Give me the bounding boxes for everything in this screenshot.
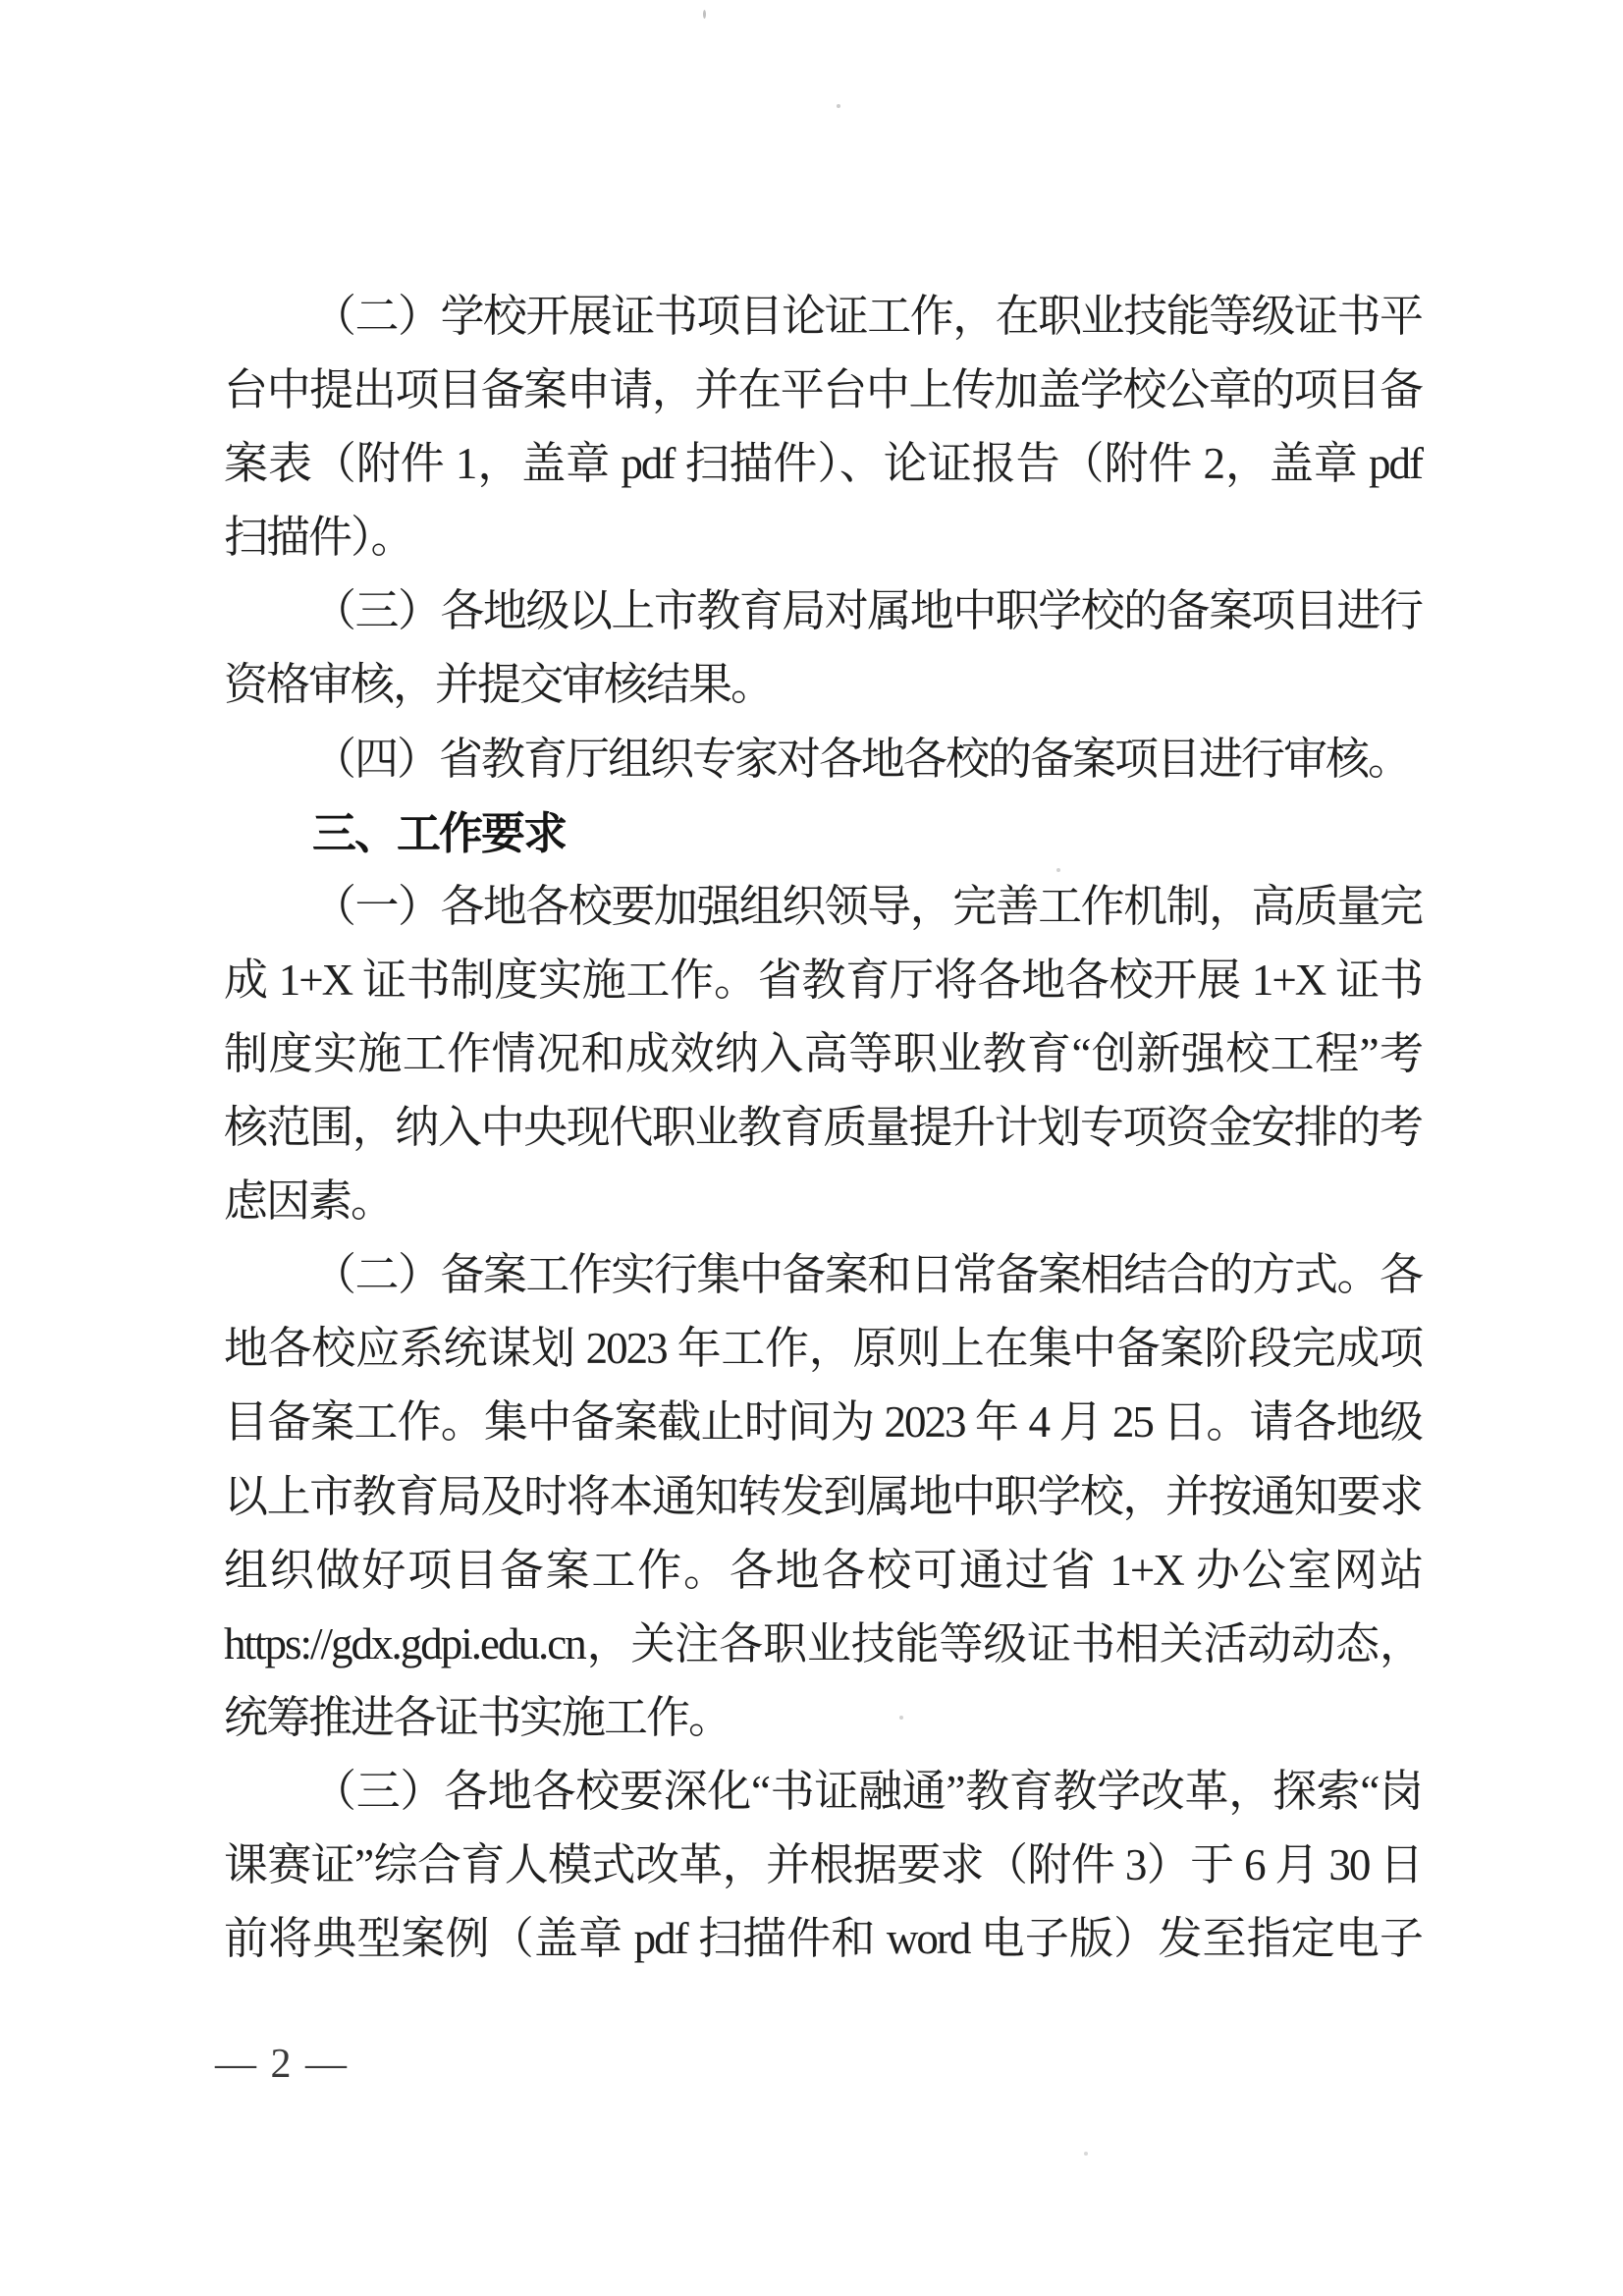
text-line: 前将典型案例（盖章 pdf 扫描件和 word 电子版）发至指定电子	[224, 1902, 1422, 1976]
section-heading: 三、工作要求	[224, 796, 1422, 870]
text-line: 案表（附件 1，盖章 pdf 扫描件）、论证报告（附件 2，盖章 pdf	[224, 427, 1422, 501]
text-line: （四）省教育厅组织专家对各地各校的备案项目进行审核。	[224, 723, 1422, 796]
document-body: （二）学校开展证书项目论证工作，在职业技能等级证书平台中提出项目备案申请，并在平…	[224, 280, 1422, 1976]
text-line: （三）各地各校要深化“书证融通”教育教学改革，探索“岗	[224, 1755, 1422, 1829]
text-line: 以上市教育局及时将本通知转发到属地中职学校，并按通知要求	[224, 1460, 1422, 1534]
scan-speck	[899, 1716, 903, 1720]
page-number: — 2 —	[215, 2041, 349, 2088]
text-line: 地各校应系统谋划 2023 年工作，原则上在集中备案阶段完成项	[224, 1312, 1422, 1386]
text-line: 统筹推进各证书实施工作。	[224, 1681, 1422, 1755]
text-line: 资格审核，并提交审核结果。	[224, 648, 1422, 722]
scan-speck	[1056, 868, 1060, 872]
scan-speck	[837, 104, 840, 108]
text-line: （二）学校开展证书项目论证工作，在职业技能等级证书平	[224, 280, 1422, 354]
text-line: 组织做好项目备案工作。各地各校可通过省 1+X 办公室网站	[224, 1534, 1422, 1608]
text-line: 核范围，纳入中央现代职业教育质量提升计划专项资金安排的考	[224, 1091, 1422, 1165]
text-line: （三）各地级以上市教育局对属地中职学校的备案项目进行	[224, 574, 1422, 648]
text-line: 台中提出项目备案申请，并在平台中上传加盖学校公章的项目备	[224, 354, 1422, 427]
text-line: 虑因素。	[224, 1165, 1422, 1238]
text-line: 课赛证”综合育人模式改革，并根据要求（附件 3）于 6 月 30 日	[224, 1829, 1422, 1902]
text-line: 成 1+X 证书制度实施工作。省教育厅将各地各校开展 1+X 证书	[224, 944, 1422, 1017]
text-line: 扫描件）。	[224, 501, 1422, 574]
text-line: （一）各地各校要加强组织领导，完善工作机制，高质量完	[224, 870, 1422, 944]
scan-speck	[703, 10, 706, 19]
document-page: （二）学校开展证书项目论证工作，在职业技能等级证书平台中提出项目备案申请，并在平…	[0, 0, 1623, 2296]
text-line: 目备案工作。集中备案截止时间为 2023 年 4 月 25 日。请各地级	[224, 1386, 1422, 1459]
text-line: https://gdx.gdpi.edu.cn，关注各职业技能等级证书相关活动动…	[224, 1608, 1422, 1681]
scan-speck	[1084, 2152, 1088, 2156]
text-line: 制度实施工作情况和成效纳入高等职业教育“创新强校工程”考	[224, 1017, 1422, 1091]
text-line: （二）备案工作实行集中备案和日常备案相结合的方式。各	[224, 1238, 1422, 1312]
